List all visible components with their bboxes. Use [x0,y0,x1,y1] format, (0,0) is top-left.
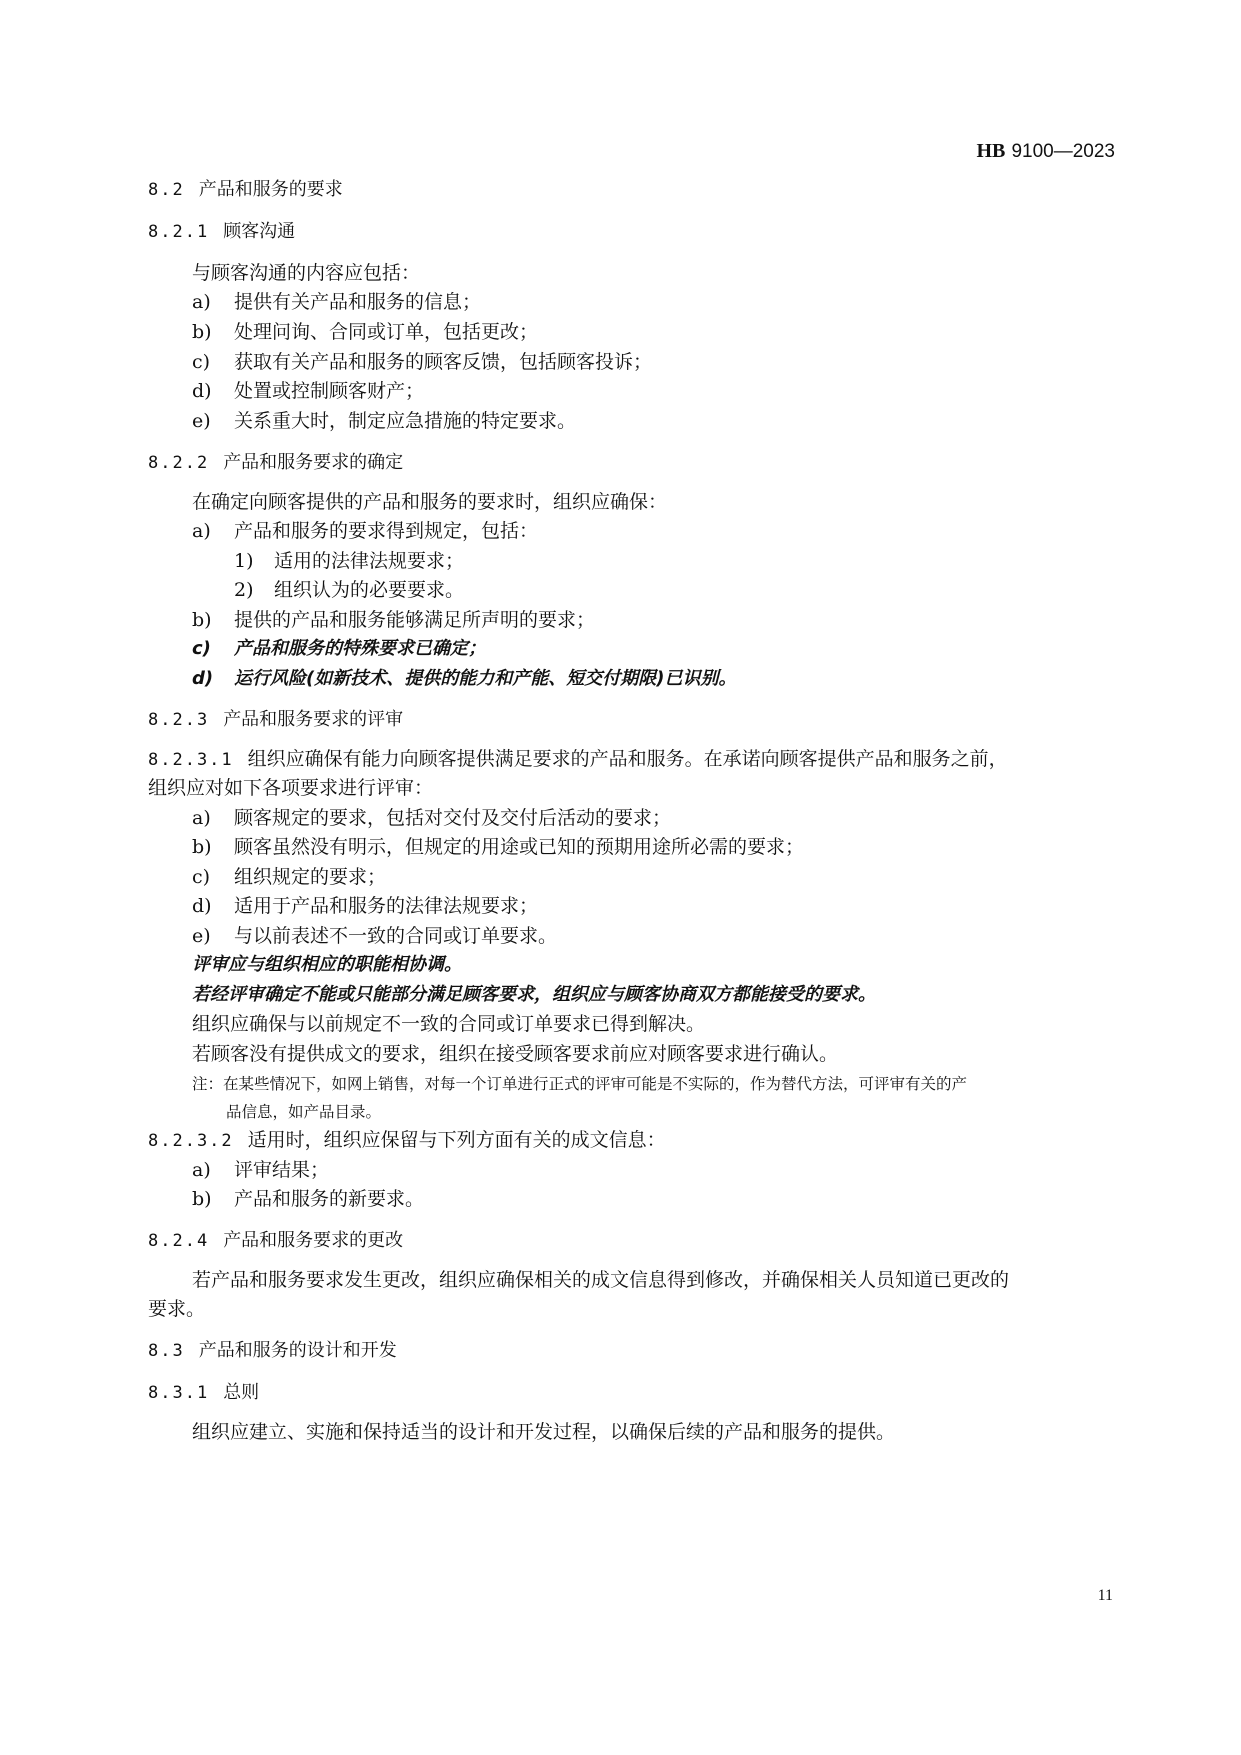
standard-code: HB [977,140,1006,162]
list-item: e)与以前表述不一致的合同或订单要求。 [192,924,557,948]
document-page: HB 9100—2023 8.2产品和服务的要求 8.2.1顾客沟通 与顾客沟通… [0,0,1241,1755]
list-item: a)评审结果； [192,1158,329,1182]
heading-8-3: 8.3产品和服务的设计和开发 [148,1339,397,1363]
clause-8-2-3-2: 8.2.3.2适用时，组织应保留与下列方面有关的成文信息： [148,1128,666,1153]
heading-8-2-3: 8.2.3产品和服务要求的评审 [148,708,403,732]
list-item: a)顾客规定的要求，包括对交付及交付后活动的要求； [192,806,671,830]
note-label: 注： [192,1075,223,1093]
list-item: c)组织规定的要求； [192,865,386,889]
list-item: d)适用于产品和服务的法律法规要求； [192,894,538,918]
paragraph: 组织应建立、实施和保持适当的设计和开发过程，以确保后续的产品和服务的提供。 [192,1420,895,1444]
clause-8-2-3-1: 8.2.3.1组织应确保有能力向顾客提供满足要求的产品和服务。在承诺向顾客提供产… [148,747,1008,772]
page-number: 11 [1098,1587,1113,1605]
note: 注：在某些情况下，如网上销售，对每一个订单进行正式的评审可能是不实际的，作为替代… [192,1072,967,1096]
list-item: b)提供的产品和服务能够满足所声明的要求； [192,608,595,632]
list-item: a)产品和服务的要求得到规定，包括： [192,519,538,543]
paragraph: 若顾客没有提供成文的要求，组织在接受顾客要求前应对顾客要求进行确认。 [192,1042,838,1066]
heading-8-2-1: 8.2.1顾客沟通 [148,220,295,244]
list-item: c)获取有关产品和服务的顾客反馈，包括顾客投诉； [192,350,652,374]
heading-8-2-4: 8.2.4产品和服务要求的更改 [148,1229,403,1253]
list-item: a)提供有关产品和服务的信息； [192,290,481,314]
emphasized-paragraph: 评审应与组织相应的职能相协调。 [192,953,462,977]
paragraph: 若产品和服务要求发生更改，组织应确保相关的成文信息得到修改，并确保相关人员知道已… [192,1268,1009,1292]
list-item: b)处理问询、合同或订单，包括更改； [192,320,538,344]
paragraph: 与顾客沟通的内容应包括： [192,261,420,285]
list-item: b)产品和服务的新要求。 [192,1187,424,1211]
list-item-emphasized: d)运行风险(如新技术、提供的能力和产能、短交付期限)已识别。 [192,667,736,691]
standard-header: HB 9100—2023 [977,140,1116,163]
sub-list-item: 2)组织认为的必要要求。 [234,578,464,602]
list-item: e)关系重大时，制定应急措施的特定要求。 [192,409,576,433]
paragraph-continuation: 组织应对如下各项要求进行评审： [148,776,433,800]
sub-list-item: 1)适用的法律法规要求； [234,549,464,573]
paragraph-continuation: 要求。 [148,1297,205,1321]
list-item-emphasized: c)产品和服务的特殊要求已确定； [192,637,486,661]
list-item: b)顾客虽然没有明示，但规定的用途或已知的预期用途所必需的要求； [192,835,804,859]
heading-8-3-1: 8.3.1总则 [148,1381,259,1405]
paragraph: 组织应确保与以前规定不一致的合同或订单要求已得到解决。 [192,1012,705,1036]
standard-number: 9100—2023 [1011,141,1115,162]
list-item: d)处置或控制顾客财产； [192,379,424,403]
heading-8-2-2: 8.2.2产品和服务要求的确定 [148,451,403,475]
note-continuation: 品信息，如产品目录。 [226,1100,381,1124]
emphasized-paragraph: 若经评审确定不能或只能部分满足顾客要求，组织应与顾客协商双方都能接受的要求。 [192,983,876,1007]
paragraph: 在确定向顾客提供的产品和服务的要求时，组织应确保： [192,490,667,514]
heading-8-2: 8.2产品和服务的要求 [148,178,343,202]
